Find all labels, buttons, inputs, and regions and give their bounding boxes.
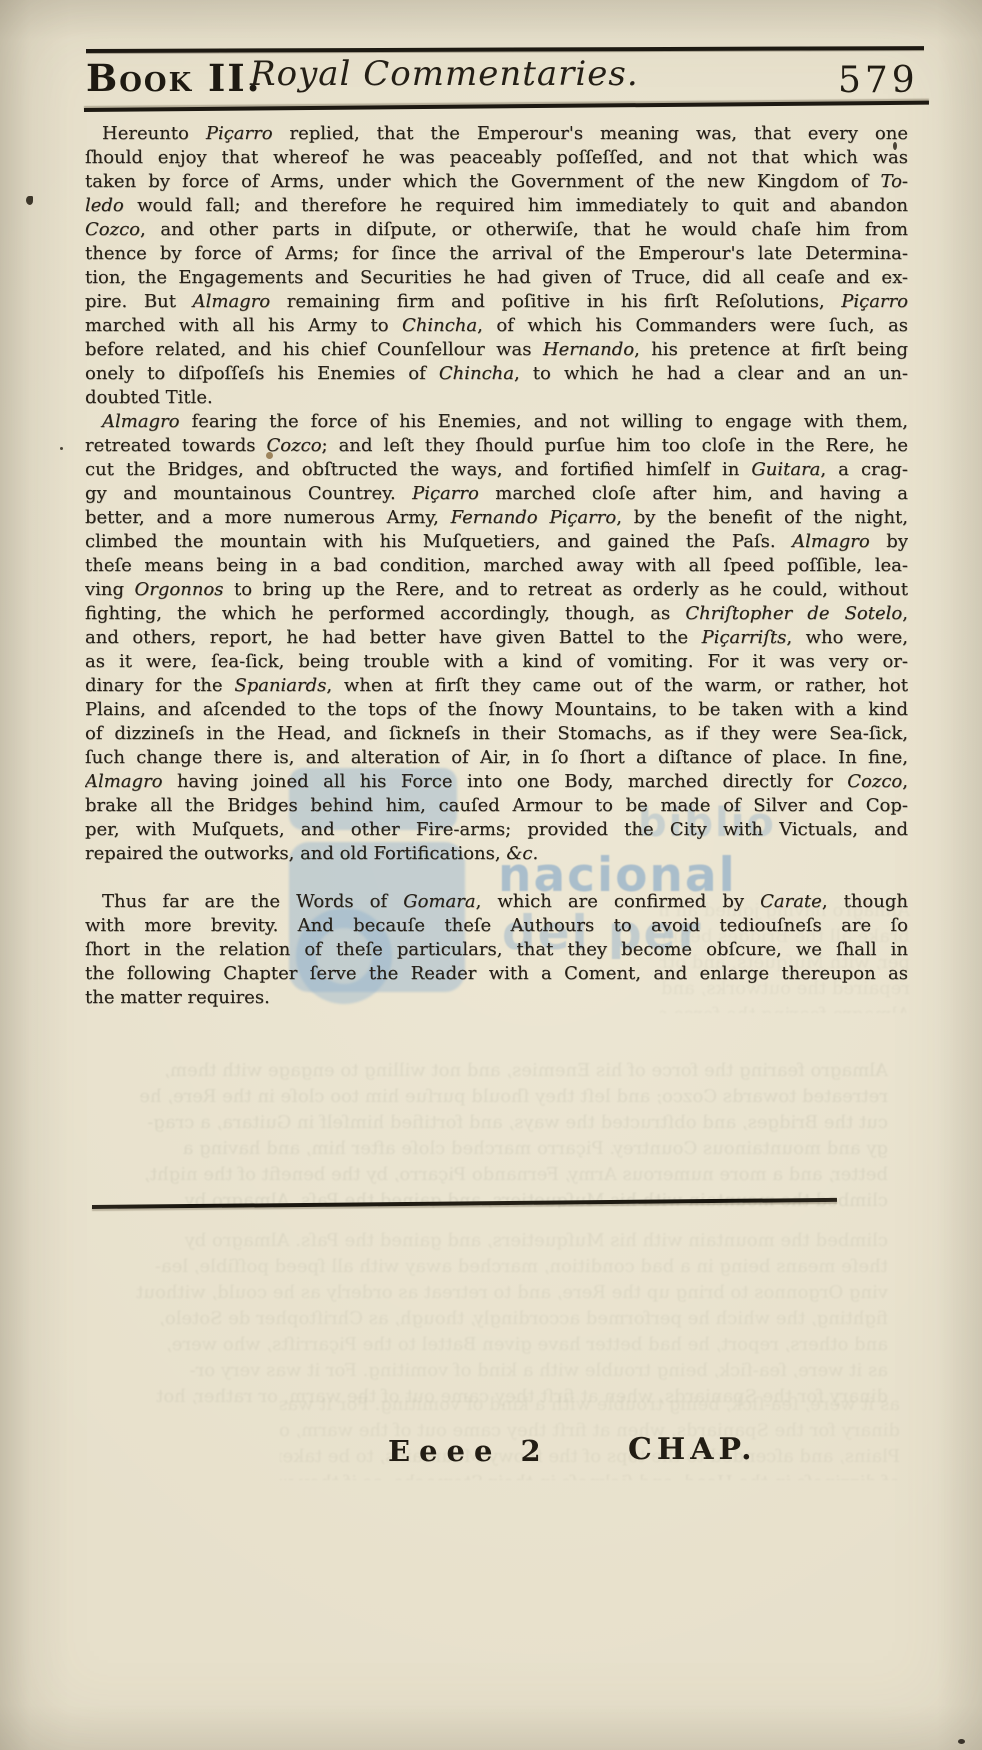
scanned-book-page: biblio nacional del per Almagro fearing … [0,0,982,1750]
text-line: of dizzineſs in the Head, and ſickneſs i… [85,722,908,746]
text-line: ſhort in the relation of theſe particula… [85,938,908,962]
text-line: taken by force of Arms, under which the … [85,170,908,194]
header-rule-bottom [84,101,929,112]
text-line: Almagro fearing the force of his Enemies… [85,410,908,434]
running-title: Royal Commentaries. [250,54,630,94]
text-line: theſe means being in a bad condition, ma… [85,554,908,578]
ink-speck [958,1739,965,1744]
ink-speck [893,142,897,150]
text-line: dinary for the Spaniards, when at firſt … [85,674,908,698]
header-rule-top [86,46,924,53]
text-line: fighting, the which he performed accordi… [85,602,908,626]
text-line: pire. But Almagro remaining firm and poſ… [85,290,908,314]
text-line: thence by force of Arms; for ſince the a… [85,242,908,266]
text-line: ſuch change there is, and alteration of … [85,746,908,770]
text-line: repaired the outworks, and old Fortifica… [85,842,908,866]
text-line: and others, report, he had better have g… [85,626,908,650]
paragraph: Almagro fearing the force of his Enemies… [85,410,908,866]
text-line: as it were, ſea-ſick, being trouble with… [85,650,908,674]
text-line: per, with Muſquets, and other Fire-arms;… [85,818,908,842]
paragraph: Thus far are the Words of Gomara, which … [85,890,908,1010]
text-line: Plains, and aſcended to the tops of the … [85,698,908,722]
section-divider-rule [92,1198,837,1209]
body-text: Hereunto Piçarro replied, that the Emper… [85,122,908,1010]
book-label: Book II. [86,56,262,100]
text-line: Almagro having joined all his Force into… [85,770,908,794]
text-line: tion, the Engagements and Securities he … [85,266,908,290]
text-line: Thus far are the Words of Gomara, which … [85,890,908,914]
text-line: cut the Bridges, and obſtructed the ways… [85,458,908,482]
text-line: climbed the mountain with his Muſquetier… [85,530,908,554]
stain-spot [266,452,273,459]
text-line: doubted Title. [85,386,908,410]
paragraph: Hereunto Piçarro replied, that the Emper… [85,122,908,410]
text-line: retreated towards Cozco; and leſt they ſ… [85,434,908,458]
signature-mark: Eeee 2 [388,1434,550,1468]
text-line: with more brevity. And becauſe theſe Aut… [85,914,908,938]
text-line: brake all the Bridges behind him, cauſed… [85,794,908,818]
text-line: gy and mountainous Countrey. Piçarro mar… [85,482,908,506]
text-line: Hereunto Piçarro replied, that the Emper… [85,122,908,146]
text-line: before related, and his chief Counſellou… [85,338,908,362]
text-line: marched with all his Army to Chincha, of… [85,314,908,338]
text-line: the matter requires. [85,986,908,1010]
text-line: onely to diſpoſſeſs his Enemies of Chinc… [85,362,908,386]
text-line: ledo would fall; and therefore he requir… [85,194,908,218]
text-line: ving Orgonnos to bring up the Rere, and … [85,578,908,602]
text-line: ſhould enjoy that whereof he was peaceab… [85,146,908,170]
catchword: CHAP. [628,1432,757,1467]
printed-content: Book II. Royal Commentaries. 579 Hereunt… [0,0,982,1750]
ink-speck [26,196,33,205]
page-number: 579 [838,60,919,101]
ink-speck [60,447,63,450]
text-line: the following Chapter ſerve the Reader w… [85,962,908,986]
text-line: better, and a more numerous Army, Fernan… [85,506,908,530]
text-line: Cozco, and other parts in diſpute, or ot… [85,218,908,242]
